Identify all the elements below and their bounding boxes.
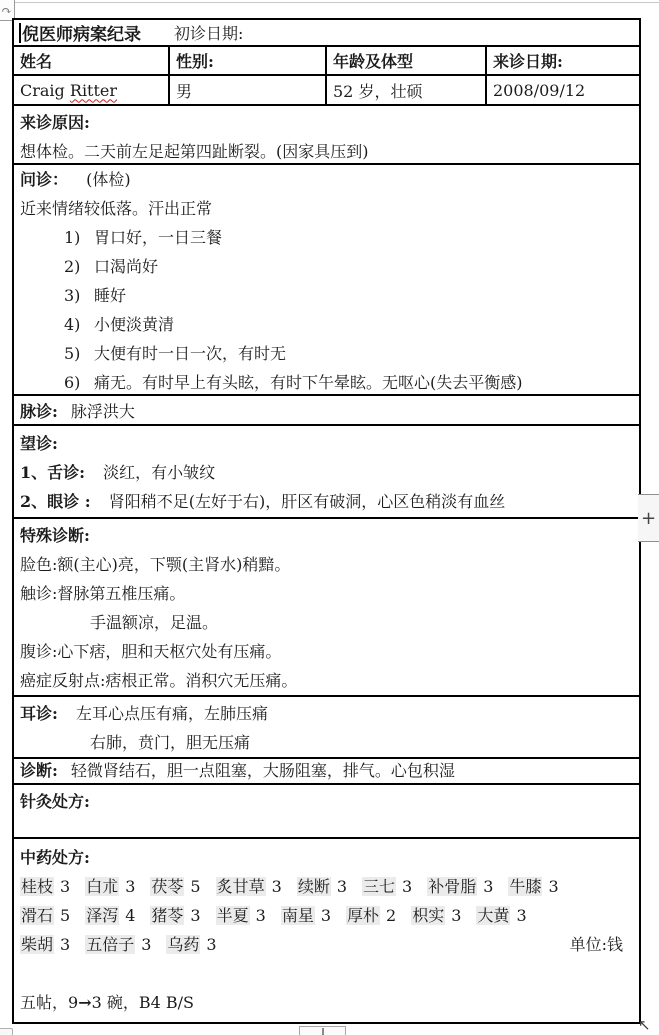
patient-name: Craig Ritter	[14, 76, 170, 104]
observation-label: 望诊:	[20, 429, 631, 458]
visit-reason-section: 来诊原因: 想体检。二天前左足起第四趾断裂。(因家具压到)	[14, 106, 639, 165]
herb-entry: 五倍子3	[85, 930, 151, 959]
herb-row: 滑石5 泽泻4 猪苓3 半夏3 南星3 厚朴2 枳实3 大黄3	[20, 901, 631, 930]
herb-row: 桂枝3 白朮3 茯苓5 炙甘草3 续断3 三七3 补骨脂3 牛膝3	[20, 872, 631, 901]
record-title: 倪医师病案纪录	[22, 20, 141, 45]
medical-record-table: 倪医师病案纪录 初诊日期: 姓名 性别: 年龄及体型 来诊日期: Craig R…	[12, 18, 641, 1024]
pulse-text: 脉浮洪大	[71, 399, 135, 422]
header-gender: 性别:	[170, 47, 327, 74]
window-edge-divider	[0, 2, 659, 3]
list-item: 2) 口渴尚好	[20, 252, 631, 281]
herb-entry: 南星3	[281, 901, 331, 930]
visit-reason-label: 来诊原因:	[20, 108, 631, 137]
right-arrow-icon: →	[78, 993, 91, 1012]
special-diagnosis-section: 特殊诊断: 脸色:额(主心)亮，下颚(主肾水)稍黯。 触诊:督脉第五椎压痛。 手…	[14, 519, 639, 697]
list-item: 1) 胃口好，一日三餐	[20, 223, 631, 252]
herb-entry: 半夏3	[216, 901, 266, 930]
list-item: 4) 小便淡黄清	[20, 310, 631, 339]
observation-section: 望诊: 1、舌诊: 淡红，有小皱纹 2、眼诊 : 肾阳稍不足(左好于右)，肝区有…	[14, 426, 639, 519]
pulse-section: 脉诊: 脉浮洪大	[14, 396, 639, 426]
abdomen-line: 腹诊:心下痞，胆和天枢穴处有压痛。	[20, 637, 631, 666]
handle-tick-icon	[322, 1028, 324, 1035]
acupuncture-label: 针灸处方:	[20, 787, 631, 816]
herb-entry: 续断3	[297, 872, 347, 901]
ear-diagnosis-section: 耳诊: 左耳心点压有痛，左肺压痛 右肺，贲门，胆无压痛	[14, 697, 639, 759]
herb-entry: 柴胡3	[20, 930, 70, 959]
acupuncture-section: 针灸处方:	[14, 785, 639, 839]
text-caret	[19, 23, 21, 43]
plus-button[interactable]: +	[638, 494, 659, 542]
patient-age-body: 52 岁，壮硕	[327, 76, 487, 104]
cancer-points-line: 癌症反射点:痞根正常。消积穴无压痛。	[20, 666, 631, 695]
curved-arrow-glyph: ↷	[1, 4, 12, 19]
herb-entry: 炙甘草3	[216, 872, 282, 901]
dosage-line: 五帖，9→3 碗，B4 B/S	[20, 988, 631, 1017]
herb-entry: 桂枝3	[20, 872, 70, 901]
title-row: 倪医师病案纪录 初诊日期:	[14, 20, 639, 47]
list-item: 6) 痛无。有时早上有头眩，有时下午晕眩。无呕心(失去平衡感)	[20, 368, 631, 397]
header-age-body: 年龄及体型	[327, 47, 487, 74]
herbal-section: 中药处方: 桂枝3 白朮3 茯苓5 炙甘草3 续断3 三七3 补骨脂3 牛膝3 …	[14, 839, 639, 1022]
patient-visit-date: 2008/09/12	[487, 76, 639, 104]
herb-entry: 牛膝3	[508, 872, 558, 901]
pulse-label: 脉诊:	[20, 399, 58, 422]
spacer-line	[20, 959, 631, 988]
herb-entry: 滑石5	[20, 901, 70, 930]
patient-last-name: Ritter	[70, 81, 117, 100]
inquiry-label: 问诊：	[20, 170, 68, 189]
eye-line: 2、眼诊 : 肾阳稍不足(左好于右)，肝区有破洞，心区色稍淡有血丝	[20, 487, 631, 516]
diagnosis-text: 轻微肾结石，胆一点阻塞，大肠阻塞，排气。心包积湿	[71, 759, 455, 783]
header-name: 姓名	[14, 47, 170, 74]
document-window: ↷ 倪医师病案纪录 初诊日期: 姓名 性别: 年龄及体型 来诊日期: Craig…	[0, 0, 659, 1035]
unit-label: 单位:钱	[570, 930, 623, 959]
herb-entry: 三七3	[362, 872, 412, 901]
list-item: 3) 睡好	[20, 281, 631, 310]
patient-header-row: 姓名 性别: 年龄及体型 来诊日期:	[14, 47, 639, 76]
herbal-label: 中药处方:	[20, 843, 631, 872]
herb-entry: 厚朴2	[346, 901, 396, 930]
bottom-scroll-handle[interactable]	[299, 1026, 346, 1035]
herb-entry: 白朮3	[85, 872, 135, 901]
list-item: 5) 大便有时一日一次，有时无	[20, 339, 631, 368]
herb-entry: 枳实3	[411, 901, 461, 930]
herb-entry: 补骨脂3	[427, 872, 493, 901]
diagnosis-section: 诊断: 轻微肾结石，胆一点阻塞，大肠阻塞，排气。心包积湿	[14, 759, 639, 785]
herb-entry: 泽泻4	[85, 901, 135, 930]
inquiry-section: 问诊： (体检) 近来情绪较低落。汗出正常 1) 胃口好，一日三餐 2) 口渴尚…	[14, 165, 639, 396]
patient-value-row: Craig Ritter 男 52 岁，壮硕 2008/09/12	[14, 76, 639, 106]
inquiry-label-line: 问诊： (体检)	[20, 165, 631, 194]
diagnosis-label: 诊断:	[20, 759, 58, 783]
ear-line-1: 耳诊: 左耳心点压有痛，左肺压痛	[20, 699, 631, 728]
visit-reason-text: 想体检。二天前左足起第四趾断裂。(因家具压到)	[20, 137, 631, 166]
special-label: 特殊诊断:	[20, 521, 631, 550]
herb-entry: 大黄3	[476, 901, 526, 930]
patient-first-name: Craig	[20, 81, 65, 100]
herb-entry: 茯苓5	[150, 872, 200, 901]
herb-entry: 乌药3	[166, 930, 216, 959]
tongue-line: 1、舌诊: 淡红，有小皱纹	[20, 458, 631, 487]
ear-line-2: 右肺，贲门，胆无压痛	[90, 728, 631, 757]
palpation-line: 触诊:督脉第五椎压痛。	[20, 579, 631, 608]
face-color-line: 脸色:额(主心)亮，下颚(主肾水)稍黯。	[20, 550, 631, 579]
plus-icon: +	[641, 508, 656, 529]
herb-row: 柴胡3 五倍子3 乌药3 单位:钱	[20, 930, 631, 959]
first-visit-date-label: 初诊日期:	[174, 21, 243, 44]
header-visit-date: 来诊日期:	[487, 47, 639, 74]
patient-gender: 男	[170, 76, 327, 104]
palpation-line-2: 手温额凉，足温。	[90, 608, 631, 637]
inquiry-note: (体检)	[86, 170, 131, 189]
inquiry-intro: 近来情绪较低落。汗出正常	[20, 194, 631, 223]
bottom-left-handle[interactable]	[0, 1028, 13, 1035]
herb-entry: 猪苓3	[150, 901, 200, 930]
mouse-cursor-icon: ↖	[638, 1016, 651, 1034]
